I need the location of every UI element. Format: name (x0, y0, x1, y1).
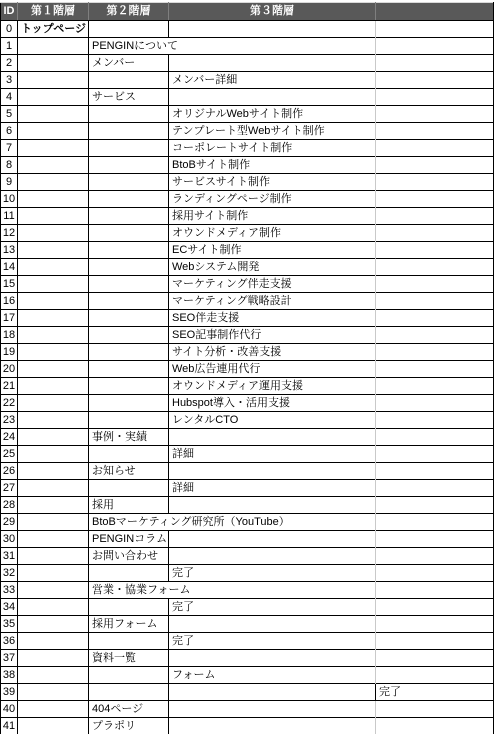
table-row: 17SEO伴走支援 (1, 310, 494, 327)
row-id-cell[interactable]: 15 (1, 276, 18, 293)
row-id-cell[interactable]: 10 (1, 191, 18, 208)
cell-level2[interactable] (89, 242, 169, 259)
cell-level1[interactable] (18, 599, 89, 616)
table-row: 16マーケティング戦略設計 (1, 293, 494, 310)
cell-level4[interactable] (376, 276, 494, 293)
cell-level2[interactable] (89, 633, 169, 650)
table-row: 31お問い合わせ (1, 548, 494, 565)
cell-level4[interactable] (376, 565, 494, 582)
row-id-cell[interactable]: 25 (1, 446, 18, 463)
row-id-cell[interactable]: 29 (1, 514, 18, 531)
cell-level3[interactable]: 完了 (169, 565, 376, 582)
cell-level4[interactable]: 完了 (376, 684, 494, 701)
cell-level4[interactable] (376, 429, 494, 446)
cell-level4[interactable] (376, 174, 494, 191)
row-id-cell[interactable]: 34 (1, 599, 18, 616)
cell-level4[interactable] (376, 718, 494, 734)
row-id-cell[interactable]: 2 (1, 55, 18, 72)
cell-level3[interactable] (169, 89, 376, 106)
row-id-cell[interactable]: 35 (1, 616, 18, 633)
cell-level4[interactable] (376, 582, 494, 599)
table-row: 39完了 (1, 684, 494, 701)
cell-level1[interactable] (18, 259, 89, 276)
cell-level2[interactable]: 採用 (89, 497, 169, 514)
table-row: 29BtoBマーケティング研究所（YouTube） (1, 514, 494, 531)
row-id-cell[interactable]: 20 (1, 361, 18, 378)
header-cell-level1[interactable]: 第１階層 (18, 3, 89, 21)
header-row: ID 第１階層 第２階層 第３階層 (1, 3, 494, 21)
table-row: 4サービス (1, 89, 494, 106)
row-id-cell[interactable]: 22 (1, 395, 18, 412)
table-row: 41プラポリ (1, 718, 494, 734)
cell-level1[interactable] (18, 684, 89, 701)
row-id-cell[interactable]: 21 (1, 378, 18, 395)
cell-level4[interactable] (376, 140, 494, 157)
cell-level3[interactable]: コーポレートサイト制作 (169, 140, 376, 157)
cell-level2[interactable]: PENGINコラム (89, 531, 169, 548)
cell-level2[interactable] (89, 395, 169, 412)
cell-level2[interactable] (89, 446, 169, 463)
row-id-cell[interactable]: 8 (1, 157, 18, 174)
table-row: 0トップページ (1, 21, 494, 38)
cell-level4[interactable] (376, 38, 494, 55)
cell-level2[interactable] (89, 123, 169, 140)
table-row: 14Webシステム開発 (1, 259, 494, 276)
cell-level4[interactable] (376, 497, 494, 514)
row-id-cell[interactable]: 30 (1, 531, 18, 548)
cell-level1[interactable] (18, 463, 89, 480)
cell-level3[interactable] (169, 497, 376, 514)
cell-level2[interactable]: PENGINについて (89, 38, 376, 55)
cell-level3[interactable]: ランディングページ制作 (169, 191, 376, 208)
cell-level4[interactable] (376, 412, 494, 429)
cell-level3[interactable] (169, 684, 376, 701)
cell-level4[interactable] (376, 327, 494, 344)
cell-level2[interactable]: お問い合わせ (89, 548, 169, 565)
cell-level1[interactable] (18, 480, 89, 497)
table-row: 7コーポレートサイト制作 (1, 140, 494, 157)
cell-level1[interactable] (18, 123, 89, 140)
cell-level2[interactable] (89, 327, 169, 344)
table-row: 22Hubspot導入・活用支援 (1, 395, 494, 412)
row-id-cell[interactable]: 19 (1, 344, 18, 361)
sitemap-table: ID 第１階層 第２階層 第３階層 0トップページ1PENGINについて2メンバ… (0, 2, 494, 734)
cell-level4[interactable] (376, 72, 494, 89)
table-row: 38フォーム (1, 667, 494, 684)
cell-level4[interactable] (376, 548, 494, 565)
cell-level4[interactable] (376, 55, 494, 72)
cell-level2[interactable]: 事例・実績 (89, 429, 169, 446)
cell-level3[interactable]: サービスサイト制作 (169, 174, 376, 191)
table-row: 6テンプレート型Webサイト制作 (1, 123, 494, 140)
table-row: 23レンタルCTO (1, 412, 494, 429)
row-id-cell[interactable]: 12 (1, 225, 18, 242)
table-row: 32完了 (1, 565, 494, 582)
cell-level2[interactable] (89, 21, 169, 38)
cell-level1[interactable] (18, 38, 89, 55)
cell-level4[interactable] (376, 650, 494, 667)
cell-level1[interactable] (18, 225, 89, 242)
cell-level3[interactable]: オウンドメディア制作 (169, 225, 376, 242)
row-id-cell[interactable]: 16 (1, 293, 18, 310)
cell-level1[interactable] (18, 395, 89, 412)
cell-level2[interactable] (89, 667, 169, 684)
cell-level3[interactable]: オリジナルWebサイト制作 (169, 106, 376, 123)
cell-level4[interactable] (376, 191, 494, 208)
cell-level1[interactable] (18, 718, 89, 734)
row-id-cell[interactable]: 0 (1, 21, 18, 38)
row-id-cell[interactable]: 5 (1, 106, 18, 123)
table-row: 19サイト分析・改善支援 (1, 344, 494, 361)
row-id-cell[interactable]: 37 (1, 650, 18, 667)
row-id-cell[interactable]: 28 (1, 497, 18, 514)
table-row: 11採用サイト制作 (1, 208, 494, 225)
sitemap-rows: 0トップページ1PENGINについて2メンバー3メンバー詳細4サービス5オリジナ… (1, 21, 494, 734)
row-id-cell[interactable]: 23 (1, 412, 18, 429)
cell-level4[interactable] (376, 378, 494, 395)
cell-level3[interactable]: SEO伴走支援 (169, 310, 376, 327)
cell-level4[interactable] (376, 480, 494, 497)
cell-level2[interactable]: 404ページ (89, 701, 169, 718)
cell-level1[interactable] (18, 497, 89, 514)
cell-level4[interactable] (376, 633, 494, 650)
cell-level4[interactable] (376, 259, 494, 276)
table-row: 34完了 (1, 599, 494, 616)
table-row: 15マーケティング伴走支援 (1, 276, 494, 293)
row-id-cell[interactable]: 1 (1, 38, 18, 55)
cell-level2[interactable] (89, 378, 169, 395)
cell-level4[interactable] (376, 361, 494, 378)
row-id-cell[interactable]: 17 (1, 310, 18, 327)
cell-level3[interactable]: テンプレート型Webサイト制作 (169, 123, 376, 140)
cell-level4[interactable] (376, 514, 494, 531)
cell-level2[interactable] (89, 361, 169, 378)
table-row: 33営業・協業フォーム (1, 582, 494, 599)
cell-level2[interactable]: メンバー (89, 55, 169, 72)
cell-level1[interactable] (18, 140, 89, 157)
cell-level2[interactable] (89, 225, 169, 242)
cell-level2[interactable] (89, 259, 169, 276)
row-id-cell[interactable]: 9 (1, 174, 18, 191)
cell-level1[interactable] (18, 633, 89, 650)
row-id-cell[interactable]: 31 (1, 548, 18, 565)
cell-level1[interactable] (18, 667, 89, 684)
cell-level3[interactable] (169, 531, 376, 548)
cell-level1[interactable] (18, 548, 89, 565)
table-row: 2メンバー (1, 55, 494, 72)
cell-level3[interactable] (169, 718, 376, 734)
table-row: 18SEO記事制作代行 (1, 327, 494, 344)
table-row: 36完了 (1, 633, 494, 650)
table-row: 24事例・実績 (1, 429, 494, 446)
cell-level2[interactable] (89, 344, 169, 361)
cell-level3[interactable]: 完了 (169, 599, 376, 616)
table-row: 20Web広告連用代行 (1, 361, 494, 378)
cell-level4[interactable] (376, 106, 494, 123)
cell-level3[interactable]: オウンドメディア運用支援 (169, 378, 376, 395)
header-cell-level3[interactable]: 第３階層 (169, 3, 376, 21)
row-id-cell[interactable]: 4 (1, 89, 18, 106)
row-id-cell[interactable]: 40 (1, 701, 18, 718)
cell-level1[interactable] (18, 701, 89, 718)
cell-level1[interactable] (18, 344, 89, 361)
cell-level2[interactable]: サービス (89, 89, 169, 106)
table-row: 12オウンドメディア制作 (1, 225, 494, 242)
row-id-cell[interactable]: 26 (1, 463, 18, 480)
cell-level1[interactable] (18, 412, 89, 429)
row-id-cell[interactable]: 24 (1, 429, 18, 446)
cell-level1[interactable] (18, 55, 89, 72)
cell-level1[interactable] (18, 276, 89, 293)
table-row: 28採用 (1, 497, 494, 514)
row-id-cell[interactable]: 39 (1, 684, 18, 701)
cell-level3[interactable] (169, 21, 376, 38)
table-row: 35採用フォーム (1, 616, 494, 633)
cell-level2[interactable] (89, 310, 169, 327)
cell-level4[interactable] (376, 616, 494, 633)
row-id-cell[interactable]: 41 (1, 718, 18, 734)
cell-level1[interactable] (18, 242, 89, 259)
table-row: 25詳細 (1, 446, 494, 463)
cell-level3[interactable] (169, 650, 376, 667)
cell-level3[interactable] (169, 55, 376, 72)
cell-level2[interactable] (89, 684, 169, 701)
cell-level3[interactable]: 採用サイト制作 (169, 208, 376, 225)
row-id-cell[interactable]: 18 (1, 327, 18, 344)
cell-level2[interactable] (89, 208, 169, 225)
row-id-cell[interactable]: 13 (1, 242, 18, 259)
cell-level4[interactable] (376, 21, 494, 38)
cell-level2[interactable] (89, 174, 169, 191)
cell-level1[interactable] (18, 174, 89, 191)
cell-level4[interactable] (376, 531, 494, 548)
cell-level1[interactable] (18, 446, 89, 463)
row-id-cell[interactable]: 36 (1, 633, 18, 650)
cell-level1[interactable] (18, 293, 89, 310)
table-row: 1PENGINについて (1, 38, 494, 55)
cell-level3[interactable]: 完了 (169, 633, 376, 650)
row-id-cell[interactable]: 32 (1, 565, 18, 582)
cell-level1[interactable] (18, 429, 89, 446)
cell-level4[interactable] (376, 446, 494, 463)
table-row: 21オウンドメディア運用支援 (1, 378, 494, 395)
cell-level2[interactable] (89, 599, 169, 616)
cell-level1[interactable] (18, 531, 89, 548)
cell-level4[interactable] (376, 89, 494, 106)
cell-level3[interactable]: Hubspot導入・活用支援 (169, 395, 376, 412)
cell-level1[interactable] (18, 208, 89, 225)
cell-level4[interactable] (376, 123, 494, 140)
header-cell-level2[interactable]: 第２階層 (89, 3, 169, 21)
cell-level4[interactable] (376, 701, 494, 718)
cell-level3[interactable]: ECサイト制作 (169, 242, 376, 259)
table-row: 5オリジナルWebサイト制作 (1, 106, 494, 123)
cell-level1[interactable] (18, 616, 89, 633)
row-id-cell[interactable]: 11 (1, 208, 18, 225)
cell-level3[interactable]: メンバー詳細 (169, 72, 376, 89)
table-row: 13ECサイト制作 (1, 242, 494, 259)
cell-level3[interactable] (169, 548, 376, 565)
cell-level4[interactable] (376, 242, 494, 259)
cell-level3[interactable] (169, 463, 376, 480)
table-row: 9サービスサイト制作 (1, 174, 494, 191)
row-id-cell[interactable]: 33 (1, 582, 18, 599)
cell-level1[interactable] (18, 361, 89, 378)
cell-level4[interactable] (376, 225, 494, 242)
cell-level1[interactable] (18, 378, 89, 395)
cell-level2[interactable] (89, 191, 169, 208)
cell-level2[interactable]: 採用フォーム (89, 616, 169, 633)
row-id-cell[interactable]: 27 (1, 480, 18, 497)
cell-level4[interactable] (376, 463, 494, 480)
cell-level1[interactable] (18, 582, 89, 599)
cell-level4[interactable] (376, 310, 494, 327)
cell-level4[interactable] (376, 293, 494, 310)
cell-level2[interactable]: 営業・協業フォーム (89, 582, 376, 599)
cell-level3[interactable]: フォーム (169, 667, 376, 684)
cell-level2[interactable] (89, 140, 169, 157)
cell-level3[interactable]: 詳細 (169, 480, 376, 497)
row-id-cell[interactable]: 7 (1, 140, 18, 157)
cell-level2[interactable] (89, 565, 169, 582)
cell-level3[interactable] (169, 701, 376, 718)
cell-level3[interactable]: レンタルCTO (169, 412, 376, 429)
cell-level1[interactable] (18, 650, 89, 667)
header-cell-extra[interactable] (376, 3, 494, 21)
cell-level4[interactable] (376, 395, 494, 412)
cell-level1[interactable] (18, 514, 89, 531)
cell-level1[interactable] (18, 191, 89, 208)
cell-level4[interactable] (376, 208, 494, 225)
row-id-cell[interactable]: 6 (1, 123, 18, 140)
cell-level1[interactable] (18, 89, 89, 106)
cell-level3[interactable]: Web広告連用代行 (169, 361, 376, 378)
cell-level2[interactable] (89, 72, 169, 89)
cell-level2[interactable] (89, 276, 169, 293)
cell-level3[interactable]: マーケティング伴走支援 (169, 276, 376, 293)
cell-level4[interactable] (376, 157, 494, 174)
cell-level3[interactable]: Webシステム開発 (169, 259, 376, 276)
row-id-cell[interactable]: 14 (1, 259, 18, 276)
cell-level1[interactable] (18, 327, 89, 344)
cell-level2[interactable] (89, 412, 169, 429)
cell-level4[interactable] (376, 667, 494, 684)
cell-level3[interactable] (169, 429, 376, 446)
cell-level3[interactable]: 詳細 (169, 446, 376, 463)
cell-level3[interactable] (169, 616, 376, 633)
cell-level1[interactable] (18, 157, 89, 174)
cell-level1[interactable] (18, 565, 89, 582)
table-row: 3メンバー詳細 (1, 72, 494, 89)
cell-level3[interactable]: BtoBサイト制作 (169, 157, 376, 174)
cell-level3[interactable]: マーケティング戦略設計 (169, 293, 376, 310)
cell-level2[interactable] (89, 480, 169, 497)
cell-level1[interactable] (18, 72, 89, 89)
row-id-cell[interactable]: 3 (1, 72, 18, 89)
header-cell-id[interactable]: ID (1, 3, 18, 21)
cell-level1[interactable] (18, 106, 89, 123)
cell-level2[interactable]: 資料一覧 (89, 650, 169, 667)
table-row: 10ランディングページ制作 (1, 191, 494, 208)
cell-level4[interactable] (376, 599, 494, 616)
cell-level2[interactable]: お知らせ (89, 463, 169, 480)
cell-level4[interactable] (376, 344, 494, 361)
sitemap-spreadsheet: ID 第１階層 第２階層 第３階層 0トップページ1PENGINについて2メンバ… (0, 2, 496, 734)
cell-level1[interactable] (18, 310, 89, 327)
cell-level2[interactable] (89, 106, 169, 123)
cell-level2[interactable]: プラポリ (89, 718, 169, 734)
table-row: 27詳細 (1, 480, 494, 497)
row-id-cell[interactable]: 38 (1, 667, 18, 684)
cell-level2[interactable] (89, 157, 169, 174)
cell-level2[interactable] (89, 293, 169, 310)
table-row: 40404ページ (1, 701, 494, 718)
cell-level3[interactable]: サイト分析・改善支援 (169, 344, 376, 361)
cell-level3[interactable]: SEO記事制作代行 (169, 327, 376, 344)
table-row: 30PENGINコラム (1, 531, 494, 548)
cell-level2[interactable]: BtoBマーケティング研究所（YouTube） (89, 514, 376, 531)
table-row: 26お知らせ (1, 463, 494, 480)
cell-level1[interactable]: トップページ (18, 21, 89, 38)
table-row: 37資料一覧 (1, 650, 494, 667)
table-row: 8BtoBサイト制作 (1, 157, 494, 174)
